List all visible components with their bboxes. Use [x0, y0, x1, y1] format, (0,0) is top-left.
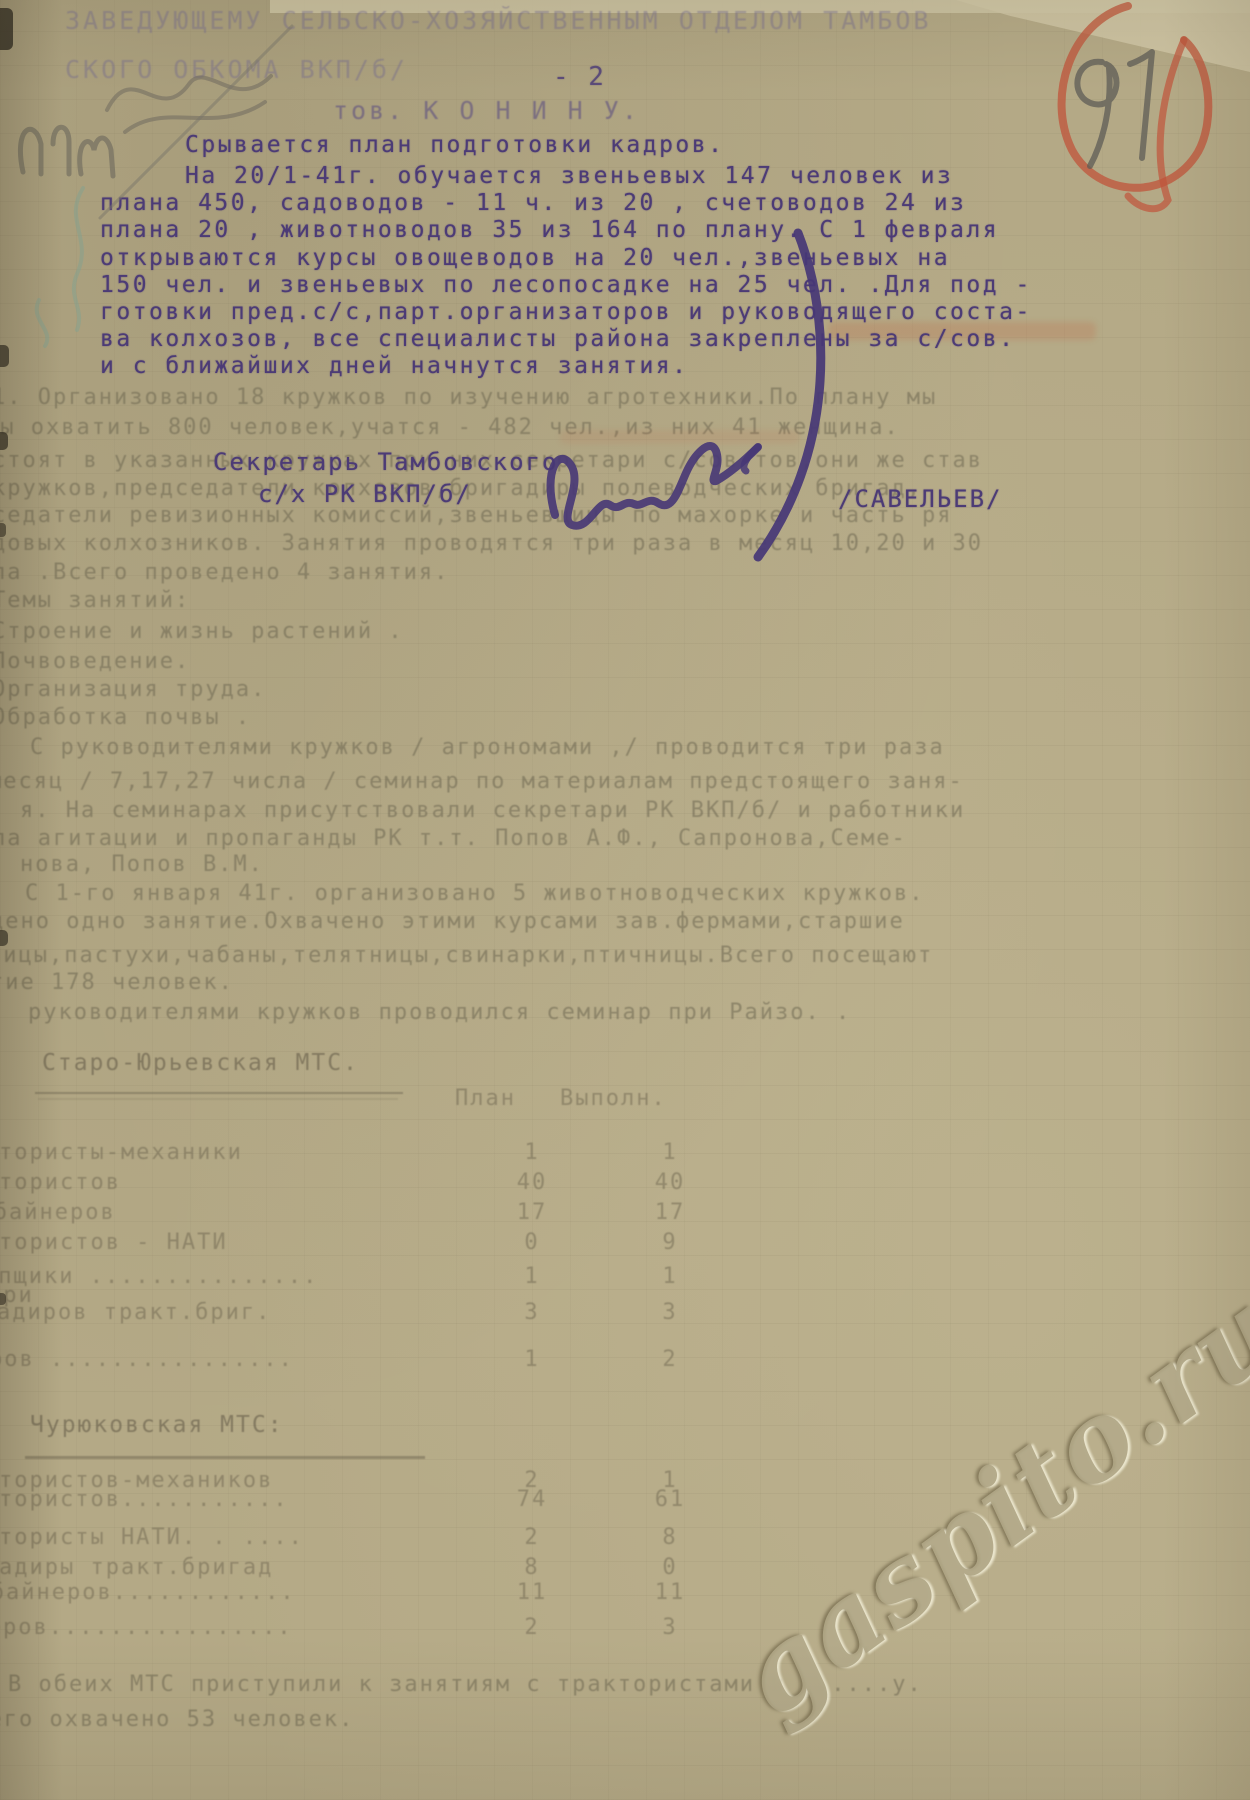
table-row-plan-value: 2: [492, 1615, 572, 1640]
table2-underline: [25, 1456, 425, 1459]
table-row-label: трактористов - НАТИ: [0, 1230, 228, 1255]
table-row-done-value: 61: [630, 1487, 710, 1512]
scan-edge-artifact: [0, 930, 8, 946]
handwritten-signature: [520, 215, 850, 575]
table-row-done-value: 9: [630, 1230, 710, 1255]
table-row-label: бригадиры тракт.бригад: [0, 1555, 273, 1580]
bleedthrough-line: нова, Попов В.М.: [20, 852, 264, 877]
signature-title-line2: с/х РК ВКП/б/: [258, 480, 472, 508]
watermark: gaspito.ru: [641, 1211, 1250, 1795]
table-row-done-value: 1: [630, 1140, 710, 1165]
table-row-plan-value: 1: [492, 1264, 572, 1289]
signature-title-line1: Секретарь Тамбовского: [213, 448, 558, 476]
bleedthrough-line: руководителями кружков проводился семина…: [28, 1000, 851, 1025]
table-row-done-value: 0: [630, 1555, 710, 1580]
table-row-plan-value: 11: [492, 1580, 572, 1605]
table-row-done-value: 40: [630, 1170, 710, 1195]
red-pencil-mark: [1010, 0, 1250, 230]
table1-title: Старо-Юрьевская МТС.: [42, 1050, 359, 1076]
scan-edge-artifact: [0, 523, 6, 537]
table-row-label: бригадиров тракт.бриг.: [0, 1300, 271, 1325]
bleedthrough-line: ницы,пастухи,чабаны,телятницы,свинарки,п…: [0, 943, 933, 968]
bleedthrough-line: С 1-го января 41г. организовано 5 животн…: [25, 881, 924, 906]
bleedthrough-line: Организация труда.: [0, 677, 266, 702]
table-row-label: трактористы-механики: [0, 1140, 243, 1165]
pencil-digit-9: [1077, 62, 1116, 166]
signature-name: /САВЕЛЬЕВ/: [838, 485, 1003, 513]
bleedthrough-line: Темы занятий:: [0, 588, 190, 613]
table2-title: Чурюковская МТС:: [30, 1412, 284, 1438]
table-row-done-value: 2: [630, 1347, 710, 1372]
table-row-plan-value: 40: [492, 1170, 572, 1195]
bleedthrough-line: месяц / 7,17,27 числа / семинар по матер…: [0, 769, 964, 794]
table-row-plan-value: 0: [492, 1230, 572, 1255]
footer-line2: Всего охвачено 53 человек.: [0, 1707, 354, 1732]
table-row-done-value: 1: [630, 1264, 710, 1289]
table-row-plan-value: 1: [492, 1140, 572, 1165]
table-row-done-value: 8: [630, 1525, 710, 1550]
table1-underline-2: [38, 1098, 398, 1100]
table-row-label: шоферов................: [0, 1615, 293, 1640]
bleedthrough-line: дено одно занятие.Охвачено этими курсами…: [0, 909, 905, 934]
scan-edge-artifact: [0, 1293, 6, 1305]
table-row-plan-value: 1: [492, 1347, 572, 1372]
pencil-digit-1: [1130, 52, 1152, 158]
bleedthrough-line: Почвоведение.: [0, 649, 190, 674]
table1-underline-1: [35, 1092, 403, 1094]
scan-edge-artifact: [0, 432, 8, 450]
scan-edge-artifact: [0, 8, 13, 50]
table-row-done-value: 11: [630, 1580, 710, 1605]
table-row-plan-value: 74: [492, 1487, 572, 1512]
table-row-plan-value: 17: [492, 1200, 572, 1225]
table-row-label: трактористов: [0, 1170, 121, 1195]
table-row-done-value: 3: [630, 1300, 710, 1325]
table1-col-done: Выполн.: [560, 1086, 667, 1111]
table-row-label: прицепщики ...............: [0, 1264, 318, 1289]
bleedthrough-line: тие 178 человек.: [0, 970, 234, 995]
table-row-plan-value: 8: [492, 1555, 572, 1580]
scan-edge-artifact: [0, 345, 9, 367]
bleedthrough-line: Обработка почвы .: [0, 705, 251, 730]
table-row-label: шоферов ................: [0, 1347, 294, 1372]
table-row-label: трактористы НАТИ. . ....: [0, 1525, 304, 1550]
table1-col-plan: План: [455, 1086, 516, 1111]
table-row-label: трактористов...........: [0, 1487, 289, 1512]
table-row-done-value: 3: [630, 1615, 710, 1640]
bleedthrough-line: Строение и жизнь растений .: [0, 619, 404, 644]
table-row-done-value: 17: [630, 1200, 710, 1225]
bleedthrough-line: ла агитации и пропаганды РК т.т. Попов А…: [0, 826, 907, 851]
bleedthrough-line: ла .Всего проведено 4 занятия.: [0, 560, 449, 585]
table-row-label: комбайнеров............: [0, 1580, 296, 1605]
page-number: - 2: [553, 62, 606, 92]
table-row-label: комбайнеров: [0, 1200, 116, 1225]
document-page: ЗАВЕДУЮЩЕМУ СЕЛЬСКО-ХОЗЯЙСТВЕННЫМ ОТДЕЛО…: [0, 0, 1250, 1800]
bleedthrough-line: я. На семинарах присутствовали секретари…: [20, 798, 965, 823]
bleedthrough-line: С руководителями кружков / агрономами ,/…: [30, 735, 945, 760]
teal-archive-marks: [15, 180, 145, 350]
table-row-plan-value: 2: [492, 1525, 572, 1550]
table-row-plan-value: 3: [492, 1300, 572, 1325]
